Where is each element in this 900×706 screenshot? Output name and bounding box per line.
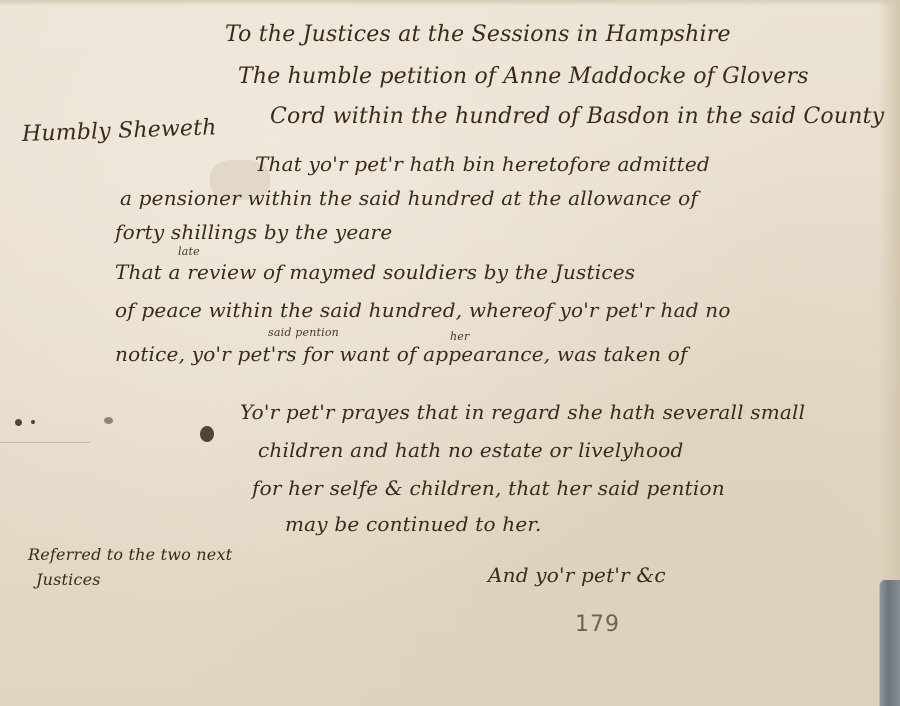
para3-line-1: Yo'r pet'r prayes that in regard she hat… (240, 400, 805, 424)
manuscript-page: To the Justices at the Sessions in Hamps… (0, 0, 900, 706)
ink-smudge (104, 417, 113, 424)
metal-clip (879, 580, 900, 706)
closing-line: And yo'r pet'r &c (488, 563, 666, 587)
para2-line-3: notice, yo'r pet'rs for want of appearan… (115, 342, 688, 366)
heading-line-1: The humble petition of Anne Maddocke of … (238, 64, 809, 89)
para1-line-2: a pensioner within the said hundred at t… (120, 186, 698, 210)
para1-line-1: That yo'r pet'r hath bin heretofore admi… (255, 152, 710, 176)
paper-crease (0, 442, 90, 443)
interlinear-insert-late: late (178, 245, 200, 258)
para2-line-1: That a review of maymed souldiers by the… (115, 260, 635, 284)
folio-number: 179 (575, 612, 620, 637)
para1-line-3: forty shillings by the yeare (115, 220, 392, 244)
para3-line-3: for her selfe & children, that her said … (252, 476, 725, 500)
opening-humbly-sheweth: Humbly Sheweth (22, 115, 217, 147)
ink-dot (31, 420, 35, 424)
address-line: To the Justices at the Sessions in Hamps… (225, 22, 731, 47)
page-edge-top (0, 0, 900, 6)
para2-line-2: of peace within the said hundred, whereo… (115, 298, 731, 322)
ink-blot (15, 419, 22, 426)
interlinear-insert-said-pention: said pention (268, 326, 339, 339)
marginal-note-line-1: Referred to the two next (28, 545, 232, 564)
para3-line-2: children and hath no estate or livelyhoo… (258, 438, 683, 462)
heading-line-2: Cord within the hundred of Basdon in the… (270, 104, 884, 129)
marginal-note-line-2: Justices (36, 570, 101, 589)
para3-line-4: may be continued to her. (285, 512, 542, 536)
ink-blot-large (200, 426, 214, 442)
